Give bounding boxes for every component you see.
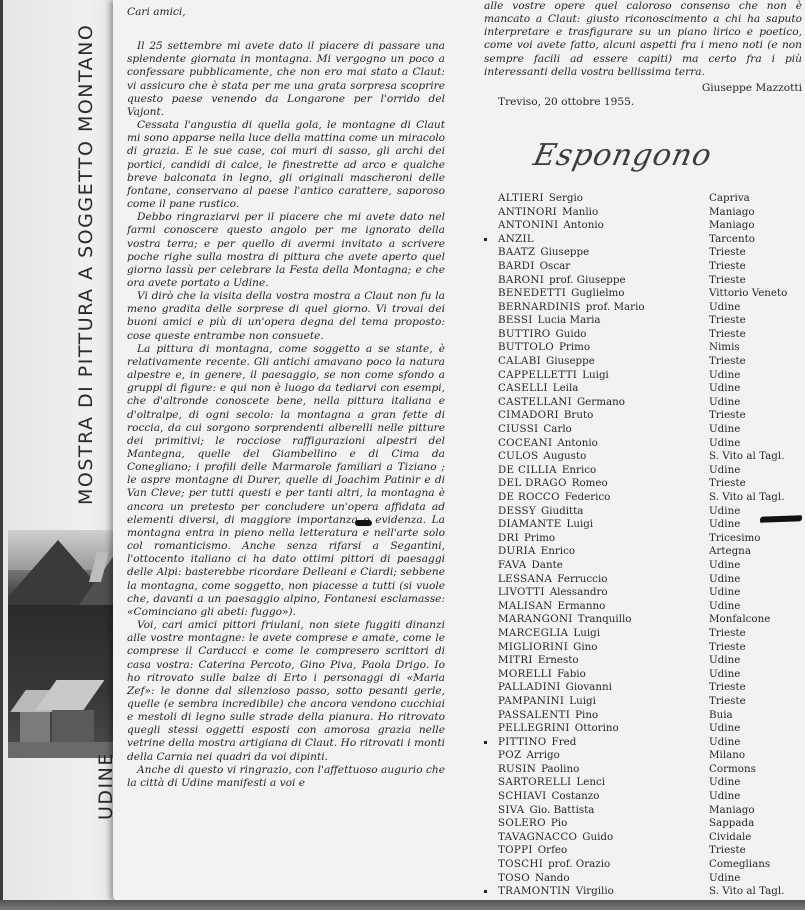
exhibitor-city: Buia bbox=[709, 709, 733, 723]
exhibitor-name: BUTTIROGuido bbox=[498, 328, 587, 342]
letter-paragraph: La pittura di montagna, come soggetto a … bbox=[127, 343, 445, 619]
exhibitor-name: MARANGONITranquillo bbox=[498, 613, 632, 627]
exhibitor-surname: CULOS bbox=[498, 450, 538, 462]
exhibitor-name: TAVAGNACCOGuido bbox=[498, 831, 613, 845]
exhibitor-first-name: Arrigo bbox=[526, 749, 559, 761]
exhibitor-first-name: Nando bbox=[535, 872, 570, 884]
exhibitor-row: MARCEGLIALuigiTrieste bbox=[484, 627, 802, 641]
exhibitor-row: ANZILTarcento bbox=[484, 233, 802, 247]
exhibitor-surname: TAVAGNACCO bbox=[498, 831, 577, 843]
exhibitor-name: BAATZGiuseppe bbox=[498, 246, 589, 260]
exhibitor-first-name: Giuditta bbox=[541, 505, 583, 517]
exhibitor-surname: DURIA bbox=[498, 545, 536, 557]
exhibitor-city: Artegna bbox=[709, 545, 751, 559]
exhibitor-surname: SIVA bbox=[498, 804, 525, 816]
exhibitor-first-name: Ernesto bbox=[538, 654, 579, 666]
exhibitor-row: BAATZGiuseppeTrieste bbox=[484, 246, 802, 260]
exhibitor-row: MARANGONITranquilloMonfalcone bbox=[484, 613, 802, 627]
exhibitor-city: Udine bbox=[709, 736, 740, 750]
exhibitor-surname: MARCEGLIA bbox=[498, 627, 568, 639]
exhibitor-name: BARDIOscar bbox=[498, 260, 570, 274]
exhibitor-first-name: Romeo bbox=[572, 477, 608, 489]
exhibitor-row: CALABIGiuseppeTrieste bbox=[484, 355, 802, 369]
exhibitor-city: Tarcento bbox=[709, 233, 755, 247]
exhibitor-city: Udine bbox=[709, 559, 740, 573]
exhibitor-first-name: Tranquillo bbox=[578, 613, 632, 625]
exhibitor-city: Trieste bbox=[709, 627, 746, 641]
exhibitor-surname: TOSO bbox=[498, 872, 530, 884]
exhibitor-row: DIAMANTELuigiUdine bbox=[484, 518, 802, 532]
exhibitor-name: PALLADINIGiovanni bbox=[498, 681, 612, 695]
exhibitor-first-name: Luigi bbox=[573, 627, 600, 639]
exhibitor-name: ANZIL bbox=[498, 233, 539, 247]
exhibitor-row: BESSILucia MariaTrieste bbox=[484, 314, 802, 328]
exhibitor-name: DIAMANTELuigi bbox=[498, 518, 593, 532]
exhibitor-surname: MALISAN bbox=[498, 600, 552, 612]
leaflet-page: Cari amici, Il 25 settembre mi avete dat… bbox=[113, 0, 805, 901]
exhibitor-row: TAVAGNACCOGuidoCividale bbox=[484, 831, 802, 845]
exhibitor-row: PAMPANINILuigiTrieste bbox=[484, 695, 802, 709]
exhibitor-name: ANTINORIManlio bbox=[498, 206, 598, 220]
exhibitor-row: ANTINORIManlioManiago bbox=[484, 206, 802, 220]
cover-page: MOSTRA DI PITTURA A SOGGETTO MONTANO UDI… bbox=[0, 0, 130, 900]
exhibitor-surname: DE CILLIA bbox=[498, 464, 557, 476]
letter-closing: alle vostre opere quel caloroso consenso… bbox=[484, 0, 802, 79]
exhibitor-name: CIMADORIBruto bbox=[498, 409, 593, 423]
bullet-icon bbox=[484, 890, 487, 893]
exhibitor-city: Comeglians bbox=[709, 858, 770, 872]
letter-paragraph: Debbo ringraziarvi per il piacere che mi… bbox=[127, 211, 445, 290]
exhibitor-first-name: Antonio bbox=[563, 219, 604, 231]
exhibitor-city: Udine bbox=[709, 654, 740, 668]
letter-paragraph: Voi, cari amici pittori friulani, non si… bbox=[127, 619, 445, 764]
exhibitor-name: MALISANErmanno bbox=[498, 600, 605, 614]
exhibitor-row: BARDIOscarTrieste bbox=[484, 260, 802, 274]
exhibitor-name: DE CILLIAEnrico bbox=[498, 464, 596, 478]
exhibitor-surname: TRAMONTIN bbox=[498, 885, 571, 897]
exhibitor-first-name: prof. Mario bbox=[586, 301, 645, 313]
exhibitor-city: Udine bbox=[709, 776, 740, 790]
exhibitor-first-name: Carlo bbox=[543, 423, 571, 435]
exhibitor-surname: DRI bbox=[498, 532, 519, 544]
exhibitor-row: DE CILLIAEnricoUdine bbox=[484, 464, 802, 478]
exhibitor-row: BARONIprof. GiuseppeTrieste bbox=[484, 274, 802, 288]
exhibitor-city: Udine bbox=[709, 369, 740, 383]
exhibitor-first-name: Costanzo bbox=[552, 790, 600, 802]
exhibitor-first-name: Fred bbox=[552, 736, 577, 748]
exhibitor-surname: ANTINORI bbox=[498, 206, 557, 218]
exhibitor-city: Udine bbox=[709, 668, 740, 682]
exhibitor-first-name: Enrico bbox=[562, 464, 596, 476]
exhibitor-first-name: Virgilio bbox=[576, 885, 614, 897]
exhibitor-name: MIGLIORINIGino bbox=[498, 641, 597, 655]
exhibitor-name: CALABIGiuseppe bbox=[498, 355, 595, 369]
exhibitor-row: SCHIAVICostanzoUdine bbox=[484, 790, 802, 804]
exhibitor-name: FAVADante bbox=[498, 559, 563, 573]
cover-photo bbox=[8, 530, 123, 758]
exhibitor-row: PELLEGRINIOttorinoUdine bbox=[484, 722, 802, 736]
exhibitor-city: Udine bbox=[709, 600, 740, 614]
exhibitor-row: CASELLILeilaUdine bbox=[484, 382, 802, 396]
exhibitor-name: MORELLIFabio bbox=[498, 668, 586, 682]
exhibitor-first-name: Pino bbox=[575, 709, 598, 721]
exhibitor-row: CASTELLANIGermanoUdine bbox=[484, 396, 802, 410]
exhibitor-surname: MITRI bbox=[498, 654, 533, 666]
exhibitor-row: MORELLIFabioUdine bbox=[484, 668, 802, 682]
exhibitor-name: POZArrigo bbox=[498, 749, 560, 763]
exhibitor-surname: BERNARDINIS bbox=[498, 301, 581, 313]
exhibitor-first-name: Oscar bbox=[540, 260, 571, 272]
exhibitor-first-name: Pio bbox=[551, 817, 567, 829]
exhibitor-name: CASTELLANIGermano bbox=[498, 396, 625, 410]
exhibitor-surname: TOSCHI bbox=[498, 858, 543, 870]
exhibitor-first-name: Giovanni bbox=[566, 681, 612, 693]
exhibitor-surname: FAVA bbox=[498, 559, 527, 571]
exhibitor-name: SIVAGio. Battista bbox=[498, 804, 594, 818]
exhibitor-city: Monfalcone bbox=[709, 613, 770, 627]
exhibitor-first-name: Manlio bbox=[562, 206, 598, 218]
exhibitor-first-name: Bruto bbox=[564, 409, 593, 421]
exhibitor-city: Maniago bbox=[709, 219, 755, 233]
exhibitor-city: Maniago bbox=[709, 804, 755, 818]
letter-signature: Giuseppe Mazzotti bbox=[484, 82, 802, 94]
exhibitor-city: Udine bbox=[709, 586, 740, 600]
exhibitor-surname: BENEDETTI bbox=[498, 287, 566, 299]
letter-place-date: Treviso, 20 ottobre 1955. bbox=[484, 96, 802, 108]
exhibitor-row: LIVOTTIAlessandroUdine bbox=[484, 586, 802, 600]
exhibitor-row: BENEDETTIGuglielmoVittorio Veneto bbox=[484, 287, 802, 301]
ink-mark bbox=[355, 520, 372, 526]
exhibitor-city: Udine bbox=[709, 382, 740, 396]
exhibitor-city: Milano bbox=[709, 749, 745, 763]
exhibitor-first-name: Primo bbox=[524, 532, 555, 544]
exhibitor-surname: MIGLIORINI bbox=[498, 641, 568, 653]
exhibitor-row: CAPPELLETTILuigiUdine bbox=[484, 369, 802, 383]
exhibitor-surname: ANTONINI bbox=[498, 219, 558, 231]
exhibitor-first-name: Fabio bbox=[557, 668, 586, 680]
exhibitor-name: SARTORELLILenci bbox=[498, 776, 605, 790]
exhibitor-city: Udine bbox=[709, 505, 740, 519]
exhibitor-name: RUSINPaolino bbox=[498, 763, 579, 777]
exhibitor-city: S. Vito al Tagl. bbox=[709, 885, 784, 899]
exhibitor-first-name: Primo bbox=[559, 341, 590, 353]
letter-paragraph: Vi dirò che la visita della vostra mostr… bbox=[127, 290, 445, 343]
exhibitor-row: DURIAEnricoArtegna bbox=[484, 545, 802, 559]
exhibitor-surname: ALTIERI bbox=[498, 192, 544, 204]
exhibitor-first-name: Luigi bbox=[582, 369, 609, 381]
exhibitor-surname: BESSI bbox=[498, 314, 533, 326]
exhibitor-city: Cormons bbox=[709, 763, 756, 777]
exhibitor-row: SIVAGio. BattistaManiago bbox=[484, 804, 802, 818]
exhibitor-row: COCEANIAntonioUdine bbox=[484, 437, 802, 451]
exhibitor-first-name: Gino bbox=[573, 641, 597, 653]
exhibitor-city: Vittorio Veneto bbox=[709, 287, 787, 301]
letter-paragraph: Cessata l'angustia di quella gola, le mo… bbox=[127, 119, 445, 211]
exhibitor-name: CULOSAugusto bbox=[498, 450, 586, 464]
exhibitor-surname: PITTINO bbox=[498, 736, 547, 748]
exhibitor-row: SOLEROPioSappada bbox=[484, 817, 802, 831]
exhibitor-surname: DESSY bbox=[498, 505, 536, 517]
exhibitor-row: DE ROCCOFedericoS. Vito al Tagl. bbox=[484, 491, 802, 505]
exhibitor-first-name: Alessandro bbox=[550, 586, 608, 598]
exhibitor-row: LESSANAFerruccioUdine bbox=[484, 573, 802, 587]
exhibitor-surname: CIMADORI bbox=[498, 409, 559, 421]
exhibitor-row: MIGLIORINIGinoTrieste bbox=[484, 641, 802, 655]
exhibitor-name: SOLEROPio bbox=[498, 817, 567, 831]
exhibitor-city: Trieste bbox=[709, 695, 746, 709]
exhibitor-name: LESSANAFerruccio bbox=[498, 573, 607, 587]
exhibitor-row: BUTTIROGuidoTrieste bbox=[484, 328, 802, 342]
exhibitor-name: BESSILucia Maria bbox=[498, 314, 601, 328]
exhibitor-city: Udine bbox=[709, 396, 740, 410]
exhibitor-row: RUSINPaolinoCormons bbox=[484, 763, 802, 777]
bottom-edge-shadow bbox=[0, 900, 805, 910]
exhibitor-city: S. Vito al Tagl. bbox=[709, 491, 784, 505]
exhibitor-row: POZArrigoMilano bbox=[484, 749, 802, 763]
exhibitor-name: BARONIprof. Giuseppe bbox=[498, 274, 626, 288]
exhibitor-first-name: Enrico bbox=[541, 545, 575, 557]
exhibitor-row: DESSYGiudittaUdine bbox=[484, 505, 802, 519]
exhibitor-name: PITTINOFred bbox=[498, 736, 576, 750]
exhibitor-surname: PELLEGRINI bbox=[498, 722, 570, 734]
exhibitor-first-name: Ferruccio bbox=[557, 573, 607, 585]
exhibitor-row: TOSONandoUdine bbox=[484, 872, 802, 886]
exhibitor-row: BUTTOLOPrimoNimis bbox=[484, 341, 802, 355]
exhibitor-city: Udine bbox=[709, 464, 740, 478]
exhibitor-row: PALLADINIGiovanniTrieste bbox=[484, 681, 802, 695]
exhibitor-city: Udine bbox=[709, 301, 740, 315]
exhibitor-surname: CAPPELLETTI bbox=[498, 369, 577, 381]
exhibitor-row: CIMADORIBrutoTrieste bbox=[484, 409, 802, 423]
exhibitor-row: PITTINOFredUdine bbox=[484, 736, 802, 750]
exhibitor-surname: BARONI bbox=[498, 274, 544, 286]
exhibitor-surname: LIVOTTI bbox=[498, 586, 545, 598]
exhibitor-surname: DE ROCCO bbox=[498, 491, 560, 503]
exhibitor-first-name: Ermanno bbox=[557, 600, 605, 612]
exhibitor-surname: BAATZ bbox=[498, 246, 535, 258]
exhibitor-first-name: Gio. Battista bbox=[530, 804, 595, 816]
exhibitor-city: Cividale bbox=[709, 831, 751, 845]
exhibitor-surname: RUSIN bbox=[498, 763, 536, 775]
exhibitor-row: ALTIERISergioCapriva bbox=[484, 192, 802, 206]
exhibitor-surname: CIUSSI bbox=[498, 423, 538, 435]
exhibitor-surname: BARDI bbox=[498, 260, 535, 272]
exhibitor-surname: SARTORELLI bbox=[498, 776, 571, 788]
exhibitor-city: Trieste bbox=[709, 355, 746, 369]
exhibitor-row: CULOSAugustoS. Vito al Tagl. bbox=[484, 450, 802, 464]
exhibitor-city: Sappada bbox=[709, 817, 754, 831]
exhibitor-row: TOPPIOrfeoTrieste bbox=[484, 844, 802, 858]
exhibitor-row: PASSALENTIPinoBuia bbox=[484, 709, 802, 723]
exhibitor-name: ALTIERISergio bbox=[498, 192, 583, 206]
exhibitor-first-name: Federico bbox=[565, 491, 611, 503]
exhibitor-city: Udine bbox=[709, 790, 740, 804]
exhibitor-city: Trieste bbox=[709, 477, 746, 491]
exhibitor-surname: POZ bbox=[498, 749, 521, 761]
exhibitor-city: Tricesimo bbox=[709, 532, 761, 546]
exhibitor-first-name: Lenci bbox=[576, 776, 605, 788]
bullet-icon bbox=[484, 741, 487, 744]
exhibitor-name: BUTTOLOPrimo bbox=[498, 341, 590, 355]
exhibitor-name: MITRIErnesto bbox=[498, 654, 579, 668]
right-column: alle vostre opere quel caloroso consenso… bbox=[484, 0, 802, 910]
exhibitor-surname: PASSALENTI bbox=[498, 709, 570, 721]
exhibitor-name: CIUSSICarlo bbox=[498, 423, 572, 437]
letter-paragraph: Il 25 settembre mi avete dato il piacere… bbox=[127, 40, 445, 119]
exhibitor-city: Trieste bbox=[709, 641, 746, 655]
exhibitor-surname: BUTTIRO bbox=[498, 328, 551, 340]
exhibitor-city: Trieste bbox=[709, 328, 746, 342]
exhibitor-surname: MORELLI bbox=[498, 668, 552, 680]
exhibitor-first-name: Dante bbox=[532, 559, 563, 571]
exhibitor-row: MALISANErmannoUdine bbox=[484, 600, 802, 614]
exhibitor-name: BERNARDINISprof. Mario bbox=[498, 301, 645, 315]
exhibitor-first-name: Germano bbox=[577, 396, 625, 408]
exhibitor-first-name: Antonio bbox=[557, 437, 598, 449]
exhibitor-name: LIVOTTIAlessandro bbox=[498, 586, 608, 600]
exhibitor-city: Capriva bbox=[709, 192, 750, 206]
exhibitor-row: DRIPrimoTricesimo bbox=[484, 532, 802, 546]
exhibitor-name: ANTONINIAntonio bbox=[498, 219, 604, 233]
exhibitor-name: DURIAEnrico bbox=[498, 545, 575, 559]
exhibitor-name: SCHIAVICostanzo bbox=[498, 790, 599, 804]
exhibitor-row: DEL DRAGORomeoTrieste bbox=[484, 477, 802, 491]
exhibitor-first-name: prof. Orazio bbox=[548, 858, 610, 870]
letter-paragraph: Anche di questo vi ringrazio, con l'affe… bbox=[127, 764, 445, 790]
exhibitor-first-name: Giuseppe bbox=[540, 246, 589, 258]
exhibitor-city: Udine bbox=[709, 518, 740, 532]
exhibitor-city: Trieste bbox=[709, 409, 746, 423]
exhibitor-name: DEL DRAGORomeo bbox=[498, 477, 608, 491]
exhibitor-first-name: prof. Giuseppe bbox=[549, 274, 626, 286]
exhibitor-name: TOSONando bbox=[498, 872, 570, 886]
exhibitor-name: TRAMONTINVirgilio bbox=[498, 885, 614, 899]
exhibitor-first-name: Leila bbox=[553, 382, 579, 394]
exhibitor-surname: TOPPI bbox=[498, 844, 533, 856]
exhibitor-first-name: Guido bbox=[582, 831, 613, 843]
exhibitor-first-name: Orfeo bbox=[538, 844, 567, 856]
exhibitor-surname: PALLADINI bbox=[498, 681, 561, 693]
exhibitor-first-name: Lucia Maria bbox=[538, 314, 601, 326]
exhibitor-first-name: Luigi bbox=[567, 518, 594, 530]
exhibitor-city: S. Vito al Tagl. bbox=[709, 450, 784, 464]
exhibitor-first-name: Giuseppe bbox=[546, 355, 595, 367]
exhibitor-name: DESSYGiuditta bbox=[498, 505, 583, 519]
exhibitor-first-name: Guido bbox=[556, 328, 587, 340]
exhibitor-name: PAMPANINILuigi bbox=[498, 695, 596, 709]
exhibitor-name: BENEDETTIGuglielmo bbox=[498, 287, 624, 301]
exhibitor-name: MARCEGLIALuigi bbox=[498, 627, 600, 641]
exhibitor-city: Udine bbox=[709, 872, 740, 886]
exhibitor-city: Trieste bbox=[709, 246, 746, 260]
exhibitor-city: Udine bbox=[709, 573, 740, 587]
exhibitor-name: DE ROCCOFederico bbox=[498, 491, 610, 505]
exhibitor-name: PELLEGRINIOttorino bbox=[498, 722, 619, 736]
exhibitor-city: Trieste bbox=[709, 314, 746, 328]
exhibitor-surname: CASTELLANI bbox=[498, 396, 572, 408]
exhibitor-city: Udine bbox=[709, 722, 740, 736]
exhibitor-surname: LESSANA bbox=[498, 573, 552, 585]
exhibitor-name: CAPPELLETTILuigi bbox=[498, 369, 609, 383]
exhibitor-surname: COCEANI bbox=[498, 437, 552, 449]
exhibitor-city: Udine bbox=[709, 437, 740, 451]
exhibitor-first-name: Paolino bbox=[541, 763, 579, 775]
exhibitor-surname: PAMPANINI bbox=[498, 695, 564, 707]
letter-column: Cari amici, Il 25 settembre mi avete dat… bbox=[127, 6, 445, 790]
letter-salutation: Cari amici, bbox=[127, 6, 445, 19]
exhibitor-row: SARTORELLILenciUdine bbox=[484, 776, 802, 790]
exhibitor-surname: CALABI bbox=[498, 355, 541, 367]
exhibitor-surname: BUTTOLO bbox=[498, 341, 554, 353]
exhibitor-surname: ANZIL bbox=[498, 233, 534, 245]
exhibitor-city: Udine bbox=[709, 423, 740, 437]
exhibitor-city: Trieste bbox=[709, 844, 746, 858]
exhibitor-surname: CASELLI bbox=[498, 382, 548, 394]
exhibitor-name: CASELLILeila bbox=[498, 382, 578, 396]
exhibitor-first-name: Augusto bbox=[543, 450, 586, 462]
exhibitor-row: ANTONINIAntonioManiago bbox=[484, 219, 802, 233]
exhibitor-first-name: Sergio bbox=[549, 192, 583, 204]
exhibitor-row: CIUSSICarloUdine bbox=[484, 423, 802, 437]
exhibitors-heading: Espongono bbox=[480, 138, 805, 173]
exhibitor-surname: SOLERO bbox=[498, 817, 546, 829]
exhibitor-surname: SCHIAVI bbox=[498, 790, 547, 802]
exhibitor-row: MITRIErnestoUdine bbox=[484, 654, 802, 668]
exhibitor-city: Trieste bbox=[709, 260, 746, 274]
exhibitor-name: COCEANIAntonio bbox=[498, 437, 598, 451]
exhibitor-name: TOPPIOrfeo bbox=[498, 844, 567, 858]
exhibitor-row: FAVADanteUdine bbox=[484, 559, 802, 573]
bullet-icon bbox=[484, 238, 487, 241]
exhibitor-surname: MARANGONI bbox=[498, 613, 573, 625]
exhibitor-city: Trieste bbox=[709, 681, 746, 695]
exhibitor-name: TOSCHIprof. Orazio bbox=[498, 858, 610, 872]
exhibitor-first-name: Ottorino bbox=[575, 722, 619, 734]
exhibitor-first-name: Luigi bbox=[569, 695, 596, 707]
exhibitor-first-name: Guglielmo bbox=[571, 287, 624, 299]
exhibitor-city: Maniago bbox=[709, 206, 755, 220]
exhibitor-name: PASSALENTIPino bbox=[498, 709, 598, 723]
exhibitor-row: TRAMONTINVirgilioS. Vito al Tagl. bbox=[484, 885, 802, 899]
exhibitor-row: TOSCHIprof. OrazioComeglians bbox=[484, 858, 802, 872]
exhibitor-city: Trieste bbox=[709, 274, 746, 288]
exhibitor-surname: DIAMANTE bbox=[498, 518, 562, 530]
cover-title: MOSTRA DI PITTURA A SOGGETTO MONTANO bbox=[75, 24, 97, 505]
exhibitor-surname: DEL DRAGO bbox=[498, 477, 567, 489]
exhibitors-list: ALTIERISergioCaprivaANTINORIManlioManiag… bbox=[484, 192, 802, 910]
exhibitor-city: Nimis bbox=[709, 341, 740, 355]
exhibitor-name: DRIPrimo bbox=[498, 532, 555, 546]
exhibitor-row: BERNARDINISprof. MarioUdine bbox=[484, 301, 802, 315]
